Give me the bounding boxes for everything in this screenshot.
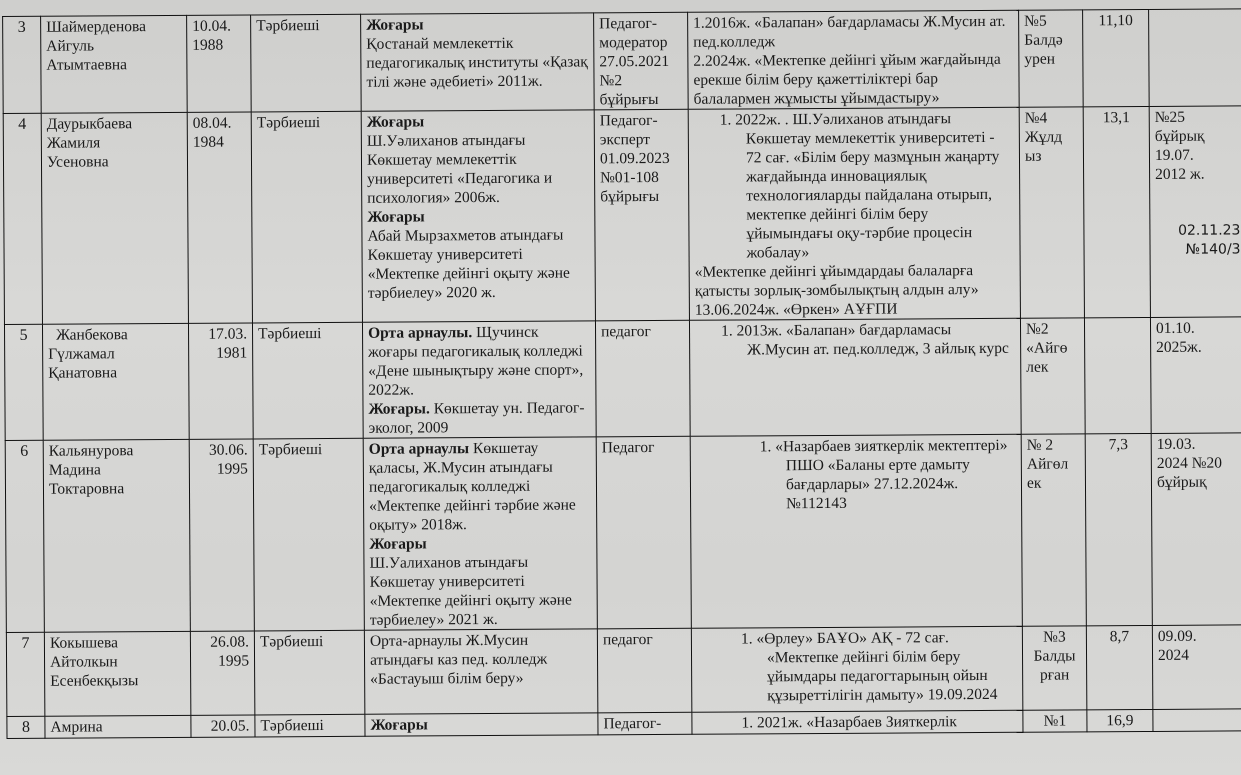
position: Тәрбиеші [251, 111, 362, 323]
birth-date: 08.04. 1984 [187, 112, 252, 323]
table-row: 6 Кальянурова Мадина Токтаровна 30.06. 1… [5, 433, 1241, 633]
birth-date: 26.08. 1995 [190, 631, 255, 715]
education: Жоғары Ш.Уәлиханов атындағы Көкшетау мем… [361, 110, 595, 322]
position: Тәрбиеші [254, 630, 365, 715]
row-number: 7 [6, 632, 45, 716]
qualification-category: Педагог- эксперт 01.09.2023 №01-108 бұйр… [594, 109, 689, 321]
full-name: Даурыкбаева Жамиля Усеновна [41, 112, 188, 324]
qualification-category: педагог [597, 628, 692, 713]
courses: 1. «Назарбаев зияткерлік мектептері» ПШО… [690, 434, 1022, 628]
group: № 2 Айгөл ек [1021, 434, 1086, 626]
birth-date: 20.05. [191, 715, 255, 737]
group: №4 Жұлд ыз [1019, 107, 1084, 318]
order [1153, 709, 1241, 732]
row-number: 5 [4, 324, 43, 440]
courses: 1. 2022ж. . Ш.Уәлиханов атындағы Көкшета… [688, 107, 1020, 320]
group: №2 «Айгө лек [1020, 318, 1085, 434]
qualification-category: Педагог- [598, 712, 692, 735]
experience [1084, 317, 1151, 433]
full-name: Шаймерденова Айгуль Атымтаевна [41, 15, 188, 113]
experience: 16,9 [1087, 709, 1153, 731]
courses: 1. 2013ж. «Балапан» бағдарламасы Ж.Мусин… [689, 318, 1021, 436]
birth-date: 17.03. 1981 [188, 323, 253, 439]
table-row: 5 Жанбекова Гүлжамал Қанатовна 17.03. 19… [4, 317, 1241, 441]
order [1149, 9, 1241, 107]
full-name: Жанбекова Гүлжамал Қанатовна [42, 323, 189, 440]
row-number: 6 [5, 440, 44, 632]
group: №1 [1023, 710, 1087, 732]
education: Орта арнаулы Көкшетау қаласы, Ж.Мусин ат… [363, 437, 597, 630]
experience: 8,7 [1086, 625, 1153, 709]
qualification-category: Педагог [596, 436, 691, 629]
courses: 1. «Өрлеу» БАҰО» АҚ - 72 сағ. «Мектепке … [691, 626, 1023, 712]
birth-date: 30.06. 1995 [189, 439, 254, 631]
experience: 7,3 [1085, 433, 1152, 625]
group: №5 Балдә урен [1019, 10, 1084, 107]
experience: 11,10 [1083, 9, 1150, 106]
qualification-category: Педагог- модератор 27.05.2021 №2 бұйрығы [594, 12, 689, 110]
row-number: 4 [3, 113, 42, 324]
position: Тәрбиеші [251, 14, 362, 112]
education: Жоғары [365, 713, 598, 736]
position: Тәрбиеші [255, 714, 365, 737]
row-number: 8 [7, 716, 45, 738]
order: №25 бұйрық 19.07. 2012 ж. 02.11.23 №140/… [1149, 106, 1241, 318]
order: 19.03. 2024 №20 бұйрық [1151, 433, 1241, 626]
position: Тәрбиеші [252, 322, 363, 439]
qualification-category: педагог [595, 320, 690, 437]
education: Орта-арнаулы Ж.Мусин атындағы каз пед. к… [364, 629, 598, 714]
order: 01.10. 2025ж. [1150, 317, 1241, 434]
full-name: Амрина [45, 715, 191, 738]
position: Тәрбиеші [253, 438, 364, 631]
row-number: 3 [3, 16, 42, 113]
birth-date: 10.04. 1988 [187, 15, 252, 112]
photographed-document-page: 3 Шаймерденова Айгуль Атымтаевна 10.04. … [0, 0, 1241, 775]
full-name: Кальянурова Мадина Токтаровна [43, 439, 190, 632]
experience: 13,1 [1083, 106, 1150, 317]
staff-table: 3 Шаймерденова Айгуль Атымтаевна 10.04. … [2, 8, 1241, 739]
table-row: 3 Шаймерденова Айгуль Атымтаевна 10.04. … [3, 9, 1241, 114]
full-name: Кокышева Айтолкын Есенбекқызы [44, 631, 191, 716]
order: 09.09. 2024 [1152, 625, 1241, 710]
table-row: 7 Кокышева Айтолкын Есенбекқызы 26.08. 1… [6, 625, 1241, 717]
education: Жоғары Қостанай мемлекеттік педагогикалы… [361, 13, 595, 111]
courses: 1.2016ж. «Балапан» бағдарламасы Ж.Мусин … [688, 10, 1020, 109]
table-row: 4 Даурыкбаева Жамиля Усеновна 08.04. 198… [3, 106, 1241, 325]
courses: 1. 2021ж. «Назарбаев Зияткерлік [692, 710, 1023, 734]
education: Орта арнаулы. Щучинск жоғары педагогикал… [362, 321, 596, 438]
group: №3 Балды рған [1022, 626, 1087, 710]
